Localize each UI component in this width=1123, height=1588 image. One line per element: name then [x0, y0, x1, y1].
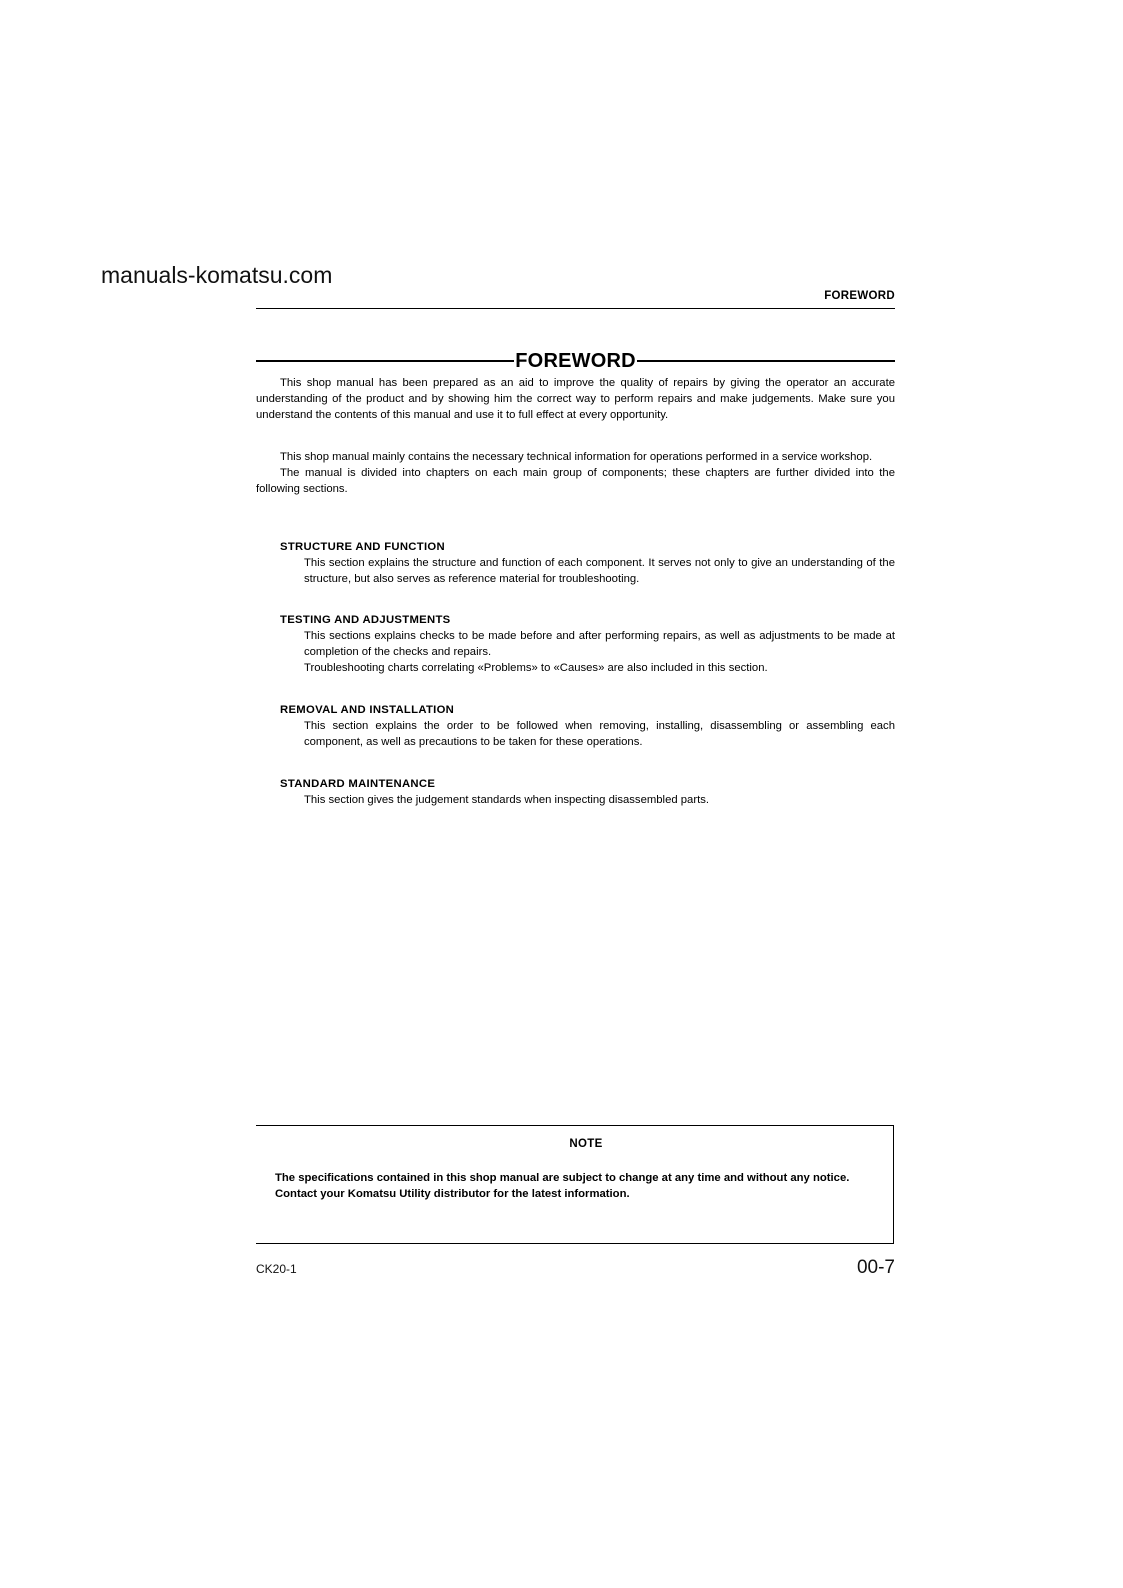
- intro-paragraph-2: This shop manual mainly contains the nec…: [256, 449, 895, 497]
- section-body: This section explains the order to be fo…: [304, 718, 895, 750]
- section-removal-and-installation: REMOVAL AND INSTALLATION This section ex…: [280, 702, 895, 750]
- page-title: FOREWORD: [514, 349, 636, 373]
- title-rule-right: [637, 360, 895, 362]
- section-body: This section gives the judgement standar…: [304, 792, 895, 808]
- section-text: Troubleshooting charts correlating «Prob…: [304, 660, 895, 676]
- note-text-1: The specifications contained in this sho…: [275, 1170, 881, 1186]
- section-standard-maintenance: STANDARD MAINTENANCE This section gives …: [280, 776, 895, 808]
- title-rule-left: [256, 360, 514, 362]
- section-text: This sections explains checks to be made…: [304, 628, 895, 660]
- note-text-2: Contact your Komatsu Utility distributor…: [275, 1186, 881, 1202]
- footer-model-number: CK20-1: [256, 1262, 297, 1276]
- intro-text-3: The manual is divided into chapters on e…: [256, 465, 895, 497]
- intro-paragraph-1: This shop manual has been prepared as an…: [256, 375, 895, 423]
- note-box: NOTE The specifications contained in thi…: [256, 1125, 894, 1244]
- section-title: REMOVAL AND INSTALLATION: [280, 702, 895, 718]
- section-title: STANDARD MAINTENANCE: [280, 776, 895, 792]
- section-text: This section explains the order to be fo…: [304, 718, 895, 750]
- section-text: This section gives the judgement standar…: [304, 792, 895, 808]
- section-body: This section explains the structure and …: [304, 555, 895, 587]
- section-testing-and-adjustments: TESTING AND ADJUSTMENTS This sections ex…: [280, 612, 895, 676]
- intro-text-1: This shop manual has been prepared as an…: [256, 375, 895, 423]
- header-rule: [256, 308, 895, 309]
- section-structure-and-function: STRUCTURE AND FUNCTION This section expl…: [280, 539, 895, 587]
- section-title: STRUCTURE AND FUNCTION: [280, 539, 895, 555]
- section-title: TESTING AND ADJUSTMENTS: [280, 612, 895, 628]
- footer-page-number: 00-7: [760, 1257, 895, 1279]
- note-title: NOTE: [256, 1138, 916, 1150]
- watermark-site-name: manuals-komatsu.com: [101, 262, 332, 289]
- page-title-row: FOREWORD: [256, 349, 895, 373]
- running-header: FOREWORD: [256, 290, 895, 302]
- note-body: The specifications contained in this sho…: [275, 1170, 881, 1202]
- section-text: This section explains the structure and …: [304, 555, 895, 587]
- section-body: This sections explains checks to be made…: [304, 628, 895, 676]
- intro-text-2: This shop manual mainly contains the nec…: [256, 449, 895, 465]
